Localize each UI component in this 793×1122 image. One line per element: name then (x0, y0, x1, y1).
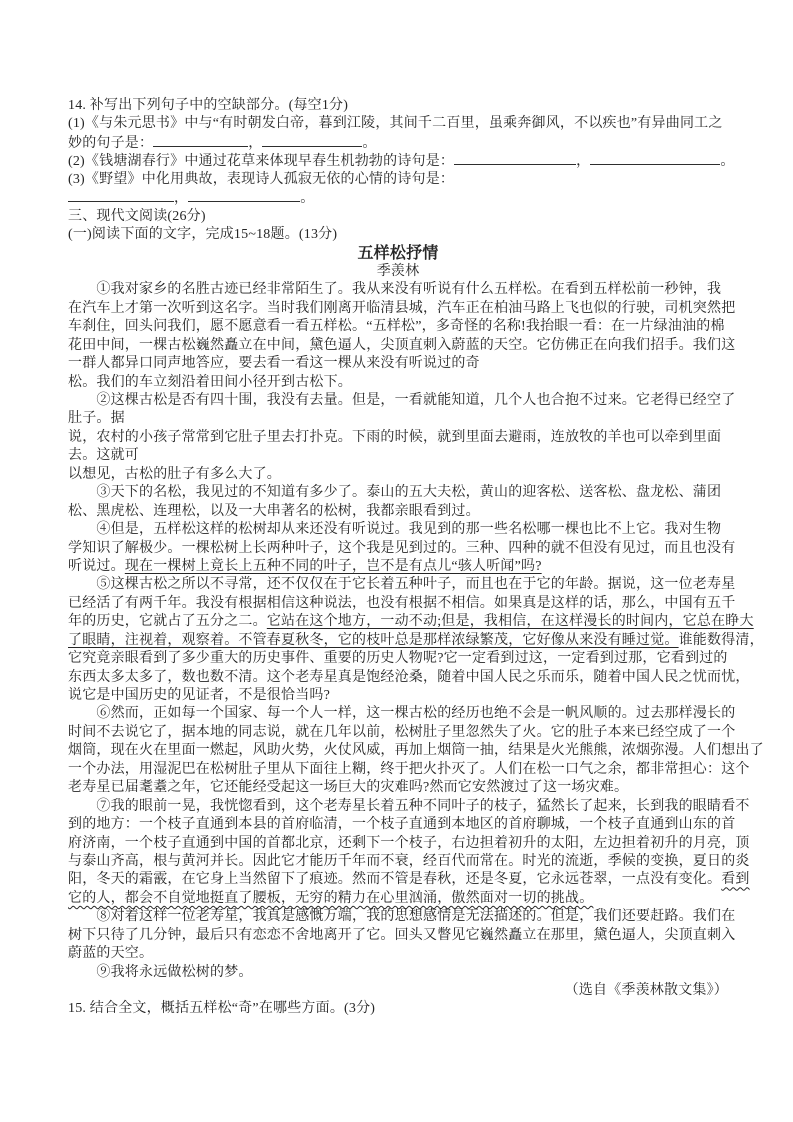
text-run: ⑥然而，正如每一个国家、每一个人一样，这一棵古松的经历也绝不会是一帆风顺的。过去… (68, 706, 735, 721)
text-run: 年的历史，它就占了五分之二。 (68, 614, 267, 629)
text-run: 说，农村的小孩子常常到它肚子里去打扑克。下雨的时候，就到里面去避雨，连放牧的羊也… (68, 430, 721, 445)
section-heading: 三、现代文阅读(26分) (68, 208, 728, 226)
text-run: 时间不去说它了，据本地的同志说，就在几年以前，松树肚子里忽然失了火。它的肚子本来… (68, 725, 735, 740)
q14-item1-line1: (1)《与朱元思书》中与“有时朝发白帝，暮到江陵，其间千二百里，虽乘奔御风，不以… (68, 115, 728, 133)
essay-author: 季羡林 (68, 263, 728, 281)
para6-line3: 烟筒，现在火在里面一燃起，风助火势，火仗风威，再加上烟筒一抽，结果是火光熊熊，浓… (68, 742, 728, 760)
text-run: ⑤这棵古松之所以不寻常，还不仅仅在于它长着五种叶子，而且也在于它的年龄。据说，这… (68, 577, 735, 592)
text-run: ， (248, 136, 262, 151)
para5-line4: 了眼睛，注视着，观察着。不管春夏秋冬，它的枝叶总是那样浓绿繁茂，它好像从来没有睡… (68, 632, 728, 650)
text-run: ④但是，五样松这样的松树却从来还没有听说过。我见到的那一些名松哪一棵也比不上它。… (68, 522, 721, 537)
text-run: 它究竟亲眼看到了多少重大的历史事件、重要的历史人物呢?它一定看到过这，一定看到过… (68, 651, 728, 666)
para3-line2: 松、黑虎松、连理松，以及一大串著名的松树，我都亲眼看到过。 (68, 503, 728, 521)
text-run: 花田中间，一棵古松巍然矗立在中间，黛色逼人，尖顶直刺入蔚蓝的天空。它仿佛正在向我… (68, 338, 735, 353)
answer-blank (590, 152, 720, 165)
para2-line3: 说，农村的小孩子常常到它肚子里去打扑克。下雨的时候，就到里面去避雨，连放牧的羊也… (68, 429, 728, 447)
para3-line1: ③天下的名松，我见过的不知道有多少了。泰山的五大夫松，黄山的迎客松、送客松、盘龙… (68, 484, 728, 502)
part-instruction: (一)阅读下面的文字，完成15~18题。(13分) (68, 226, 728, 244)
para5-line2: 已经活了有两千年。我没有根据相信这种说法，也没有根据不相信。如果真是这样的话，那… (68, 595, 728, 613)
text-run: 一个办法，用湿泥巴在松树肚子里从下面往上糊，终于把火扑灭了。人们在松一口气之余，… (68, 762, 750, 777)
para5-line6: 东西太多太多了，数也数不清。这个老寿星真是饱经沧桑，随着中国人民之乐而乐，随着中… (68, 669, 728, 687)
text-run: 肚子。据 (68, 411, 125, 426)
answer-blank (262, 134, 362, 147)
para7-line2: 到的地方：一个枝子直通到本县的首府临清，一个枝子直通到本地区的首府聊城，一个枝子… (68, 816, 728, 834)
para8-line3: 蔚蓝的天空。 (68, 945, 728, 963)
q14-stem: 14. 补写出下列句子中的空缺部分。(每空1分) (68, 97, 728, 115)
text-run: ⑧对着这样一位老寿星，我真是感慨万端，我的思想感情是无法描述的。但是，我们还要赶… (68, 909, 735, 924)
para4-line1: ④但是，五样松这样的松树却从来还没有听说过。我见到的那一些名松哪一棵也比不上它。… (68, 521, 728, 539)
text-run: 看到 (721, 872, 749, 887)
text-run: 谁能数得清， (679, 633, 764, 648)
text-run: ⑨我将永远做松树的梦。 (68, 965, 253, 980)
essay-source: （选自《季羡林散文集》） (68, 982, 728, 1000)
text-run: 学知识了解极少。一棵松树上长两种叶子，这个我是见到过的。三种、四种的就不但没有见… (68, 541, 735, 556)
answer-blank (188, 189, 300, 202)
para5-line5: 它究竟亲眼看到了多少重大的历史事件、重要的历史人物呢?它一定看到过这，一定看到过… (68, 650, 728, 668)
text-run: 车刹住，回头问我们，愿不愿意看一看五样松。“五样松”，多奇怪的名称!我抬眼一看：… (68, 319, 725, 334)
para6-line5: 老寿星已届耄耋之年，它还能经受起这一场巨大的灾难吗?然而它安然渡过了这一场灾难。 (68, 779, 728, 797)
para2-line2: 肚子。据 (68, 410, 728, 428)
text-run: ③天下的名松，我见过的不知道有多少了。泰山的五大夫松，黄山的迎客松、送客松、盘龙… (68, 485, 721, 500)
text-run: (2)《钱塘湖春行》中通过花草来体现早春生机勃勃的诗句是： (68, 154, 454, 169)
text-run: 已经活了有两千年。我没有根据相信这种说法，也没有根据不相信。如果真是这样的话，那… (68, 596, 735, 611)
text-run: 。 (720, 154, 734, 169)
para1-line1: ①我对家乡的名胜古迹已经非常陌生了。我从来没有听说有什么五样松。在看到五样松前一… (68, 281, 728, 299)
text-run: (1)《与朱元思书》中与“有时朝发白帝，暮到江陵，其间千二百里，虽乘奔御风，不以… (68, 116, 723, 131)
text-run: 树下只待了几分钟，最后只有恋恋不舍地离开了它。回头又瞥见它巍然矗立在那里，黛色逼… (68, 928, 735, 943)
para6-line2: 时间不去说它了，据本地的同志说，就在几年以前，松树肚子里忽然失了火。它的肚子本来… (68, 724, 728, 742)
text-run: 府济南，一个枝子直通到中国的首都北京，还剩下一个枝子，右边担着初升的太阳，左边担… (68, 836, 750, 851)
text-run: 。 (300, 191, 314, 206)
text-run: 蔚蓝的天空。 (68, 946, 153, 961)
text-run: ， (174, 191, 188, 206)
para1-line6: 松。我们的车立刻沿着田间小径开到古松下。 (68, 374, 728, 392)
text-run: 季羡林 (377, 264, 420, 279)
text-run: 松。我们的车立刻沿着田间小径开到古松下。 (68, 375, 352, 390)
text-run: 妙的句子是： (68, 136, 153, 151)
text-run: 五样松抒情 (357, 245, 438, 262)
para1-line5: 一群人都异口同声地答应，要去看一看这一棵从来没有听说过的奇 (68, 355, 728, 373)
text-run: (一)阅读下面的文字，完成15~18题。(13分) (68, 227, 337, 242)
para5-line1: ⑤这棵古松之所以不寻常，还不仅仅在于它长着五种叶子，而且也在于它的年龄。据说，这… (68, 576, 728, 594)
text-run: 东西太多太多了，数也数不清。这个老寿星真是饱经沧桑，随着中国人民之乐而乐，随着中… (68, 670, 750, 685)
text-run: 。 (362, 136, 376, 151)
q14-item3-line1: (3)《野望》中化用典故，表现诗人孤寂无依的心情的诗句是： (68, 171, 728, 189)
para6-line4: 一个办法，用湿泥巴在松树肚子里从下面往上糊，终于把火扑灭了。人们在松一口气之余，… (68, 761, 728, 779)
text-run: 去。这就可 (68, 448, 139, 463)
para9-line1: ⑨我将永远做松树的梦。 (68, 964, 728, 982)
text-run: 说它是中国历史的见证者，不是很恰当吗? (68, 688, 330, 703)
text-run: 老寿星已届耄耋之年，它还能经受起这一场巨大的灾难吗?然而它安然渡过了这一场灾难。 (68, 780, 628, 795)
para8-line2: 树下只待了几分钟，最后只有恋恋不舍地离开了它。回头又瞥见它巍然矗立在那里，黛色逼… (68, 927, 728, 945)
para7-line5: 阳，冬天的霜霰，在它身上当然留下了痕迹。然而不管是春秋，还是冬夏，它永远苍翠，一… (68, 871, 728, 889)
text-run: 它站在这个地方，一动不动;但是，我相信，在这样漫长的时间内，它总在睁大 (267, 614, 754, 629)
text-run: ⑦我的眼前一晃，我恍惚看到，这个老寿星长着五种不同叶子的枝子，猛然长了起来，长到… (68, 799, 750, 814)
text-run: 15. 结合全文，概括五样松“奇”在哪些方面。(3分) (68, 1001, 375, 1016)
essay-title: 五样松抒情 (68, 245, 728, 263)
text-run: 现在一棵树上竟长上五种不同的叶子，岂不是有点儿“骇人听闻”吗? (125, 559, 542, 574)
para2-line5: 以想见，古松的肚子有多么大了。 (68, 466, 728, 484)
para1-line4: 花田中间，一棵古松巍然矗立在中间，黛色逼人，尖顶直刺入蔚蓝的天空。它仿佛正在向我… (68, 337, 728, 355)
text-run: 松、黑虎松、连理松，以及一大串著名的松树，我都亲眼看到过。 (68, 504, 480, 519)
para4-line2: 学知识了解极少。一棵松树上长两种叶子，这个我是见到过的。三种、四种的就不但没有见… (68, 540, 728, 558)
para5-line3: 年的历史，它就占了五分之二。它站在这个地方，一动不动;但是，我相信，在这样漫长的… (68, 613, 728, 631)
para7-line1: ⑦我的眼前一晃，我恍惚看到，这个老寿星长着五种不同叶子的枝子，猛然长了起来，长到… (68, 798, 728, 816)
text-run: 以想见，古松的肚子有多么大了。 (68, 467, 281, 482)
para1-line3: 车刹住，回头问我们，愿不愿意看一看五样松。“五样松”，多奇怪的名称!我抬眼一看：… (68, 318, 728, 336)
text-run: 在汽车上才第一次听到这名字。当时我们刚离开临清县城，汽车正在柏油马路上飞也似的行… (68, 301, 735, 316)
para5-line7: 说它是中国历史的见证者，不是很恰当吗? (68, 687, 728, 705)
text-run: ②这棵古松是否有四十围，我没有去量。但是，一看就能知道，几个人也合抱不过来。它老… (68, 393, 735, 408)
text-run: 了眼睛，注视着，观察着。不管春夏秋冬，它的枝叶总是那样浓绿繁茂，它好像从来没有睡… (68, 633, 679, 648)
para8-line1: ⑧对着这样一位老寿星，我真是感慨万端，我的思想感情是无法描述的。但是，我们还要赶… (68, 908, 728, 926)
document-content: 14. 补写出下列句子中的空缺部分。(每空1分)(1)《与朱元思书》中与“有时朝… (68, 97, 728, 1019)
q14-item2: (2)《钱塘湖春行》中通过花草来体现早春生机勃勃的诗句是：，。 (68, 152, 728, 170)
text-run: 三、现代文阅读(26分) (68, 209, 206, 224)
q14-item3-line2: ，。 (68, 189, 728, 207)
text-run: ①我对家乡的名胜古迹已经非常陌生了。我从来没有听说有什么五样松。在看到五样松前一… (68, 282, 721, 297)
text-run: 阳，冬天的霜霰，在它身上当然留下了痕迹。然而不管是春秋，还是冬夏，它永远苍翠，一… (68, 872, 721, 887)
text-run: (3)《野望》中化用典故，表现诗人孤寂无依的心情的诗句是： (68, 172, 454, 187)
para1-line2: 在汽车上才第一次听到这名字。当时我们刚离开临清县城，汽车正在柏油马路上飞也似的行… (68, 300, 728, 318)
text-run: ， (576, 154, 590, 169)
para2-line1: ②这棵古松是否有四十围，我没有去量。但是，一看就能知道，几个人也合抱不过来。它老… (68, 392, 728, 410)
text-run: 一群人都异口同声地答应，要去看一看这一棵从来没有听说过的奇 (68, 356, 480, 371)
text-run: （选自《季羡林散文集》） (565, 983, 728, 998)
para2-line4: 去。这就可 (68, 447, 728, 465)
para7-line6: 它的人，都会不自觉地挺直了腰板，无穷的精力在心里汹涌，傲然面对一切的挑战。 (68, 890, 728, 908)
text-run: 它的人，都会不自觉地挺直了腰板，无穷的精力在心里汹涌，傲然面对一切的挑战。 (68, 891, 593, 906)
text-run: 14. 补写出下列句子中的空缺部分。(每空1分) (68, 98, 348, 113)
answer-blank (153, 134, 248, 147)
exam-paper-page: 14. 补写出下列句子中的空缺部分。(每空1分)(1)《与朱元思书》中与“有时朝… (0, 0, 793, 1122)
para7-line4: 与泰山齐高，根与黄河并长。因此它才能历千年而不衰，经百代而常在。时光的流逝，季候… (68, 853, 728, 871)
text-run: 烟筒，现在火在里面一燃起，风助火势，火仗风威，再加上烟筒一抽，结果是火光熊熊，浓… (68, 743, 764, 758)
text-run: 到的地方：一个枝子直通到本县的首府临清，一个枝子直通到本地区的首府聊城，一个枝子… (68, 817, 735, 832)
para7-line3: 府济南，一个枝子直通到中国的首都北京，还剩下一个枝子，右边担着初升的太阳，左边担… (68, 835, 728, 853)
text-run: 与泰山齐高，根与黄河并长。因此它才能历千年而不衰，经百代而常在。时光的流逝，季候… (68, 854, 750, 869)
text-run: 听说过。 (68, 559, 125, 574)
para6-line1: ⑥然而，正如每一个国家、每一个人一样，这一棵古松的经历也绝不会是一帆风顺的。过去… (68, 705, 728, 723)
q14-item1-line2: 妙的句子是：，。 (68, 134, 728, 152)
para4-line3: 听说过。现在一棵树上竟长上五种不同的叶子，岂不是有点儿“骇人听闻”吗? (68, 558, 728, 576)
answer-blank (454, 152, 576, 165)
q15-stem: 15. 结合全文，概括五样松“奇”在哪些方面。(3分) (68, 1000, 728, 1018)
answer-blank (68, 189, 174, 202)
